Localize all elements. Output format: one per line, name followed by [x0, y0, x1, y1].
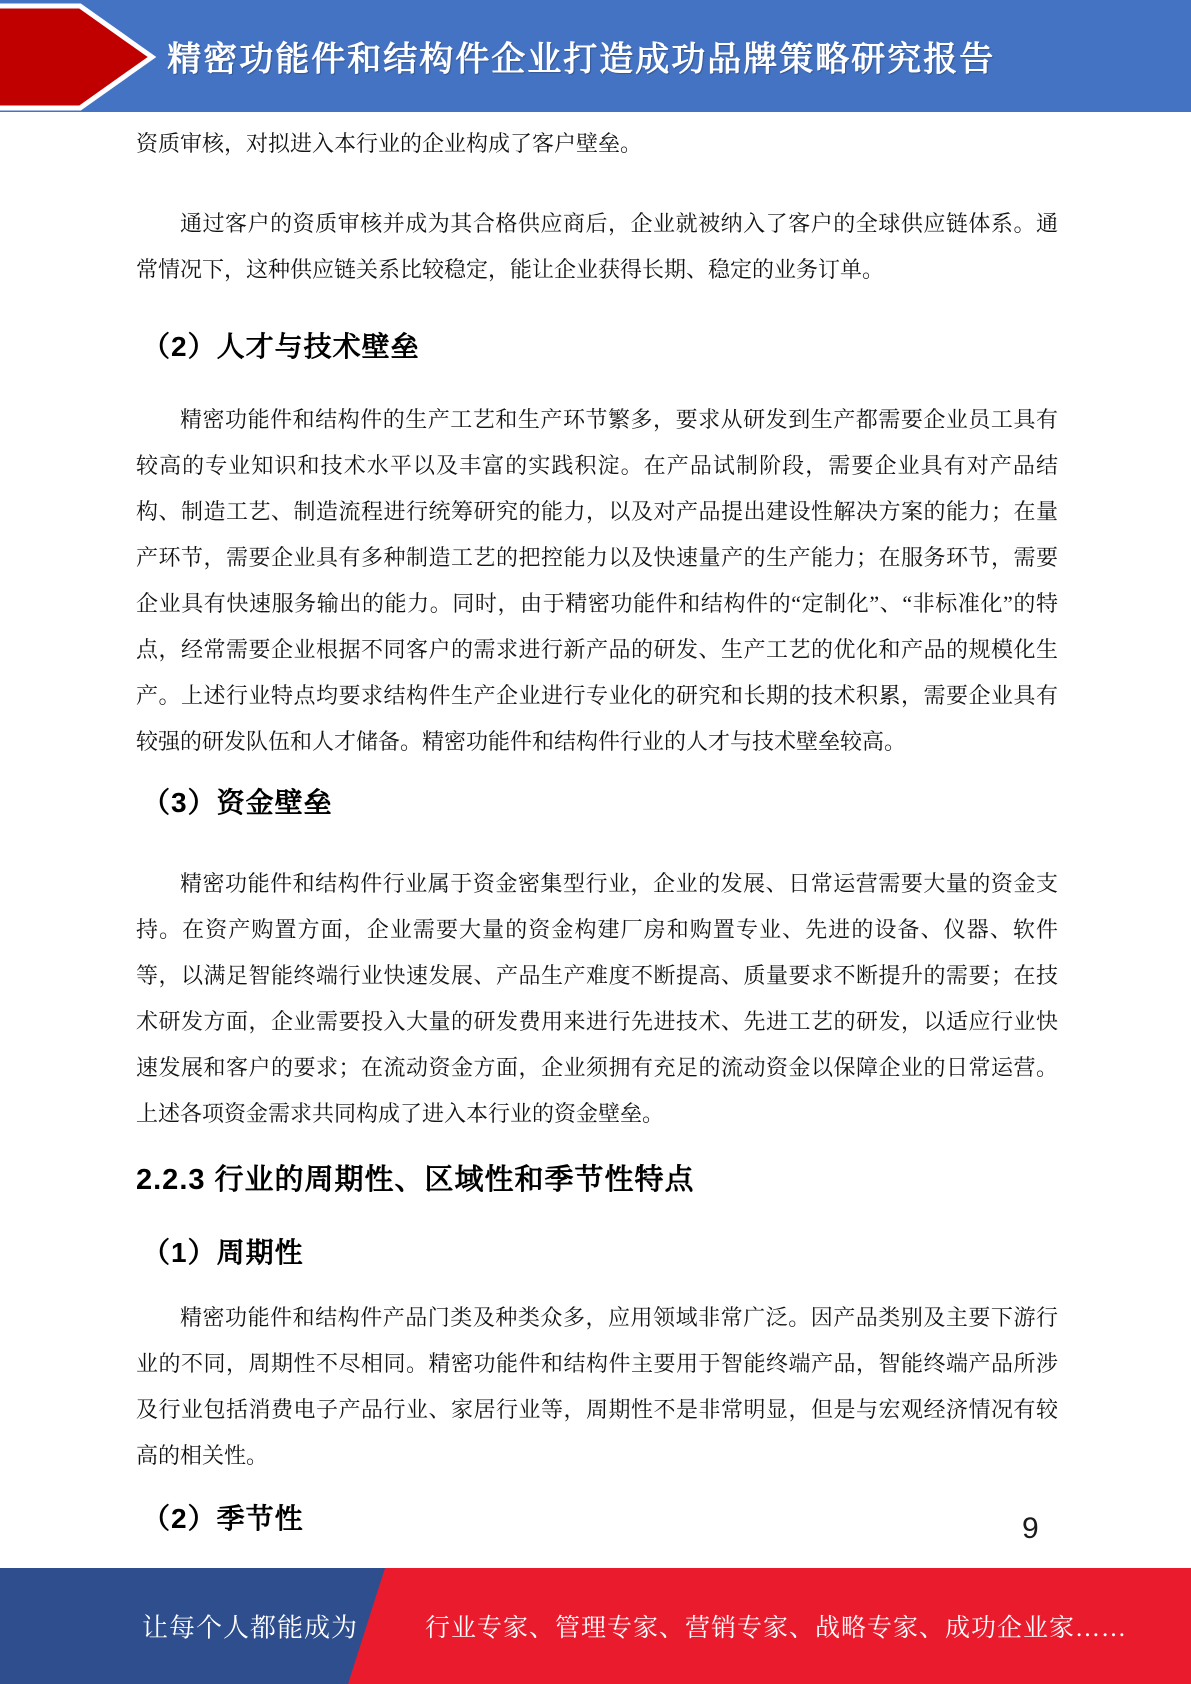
paragraph-customer-barrier: 资质审核，对拟进入本行业的企业构成了客户壁垒。: [136, 121, 1058, 167]
paragraph-talent-tech-barrier: 精密功能件和结构件的生产工艺和生产环节繁多，要求从研发到生产都需要企业员工具有较…: [136, 397, 1058, 765]
heading-cyclicality: （1）周期性: [136, 1235, 1058, 1271]
paragraph-capital-barrier: 精密功能件和结构件行业属于资金密集型行业，企业的发展、日常运营需要大量的资金支持…: [136, 861, 1058, 1137]
footer-slogan-right: 行业专家、管理专家、营销专家、战略专家、成功企业家……: [425, 1608, 1127, 1644]
footer-slogan-left: 让每个人都能成为: [142, 1608, 358, 1645]
page-body: 资质审核，对拟进入本行业的企业构成了客户壁垒。 通过客户的资质审核并成为其合格供…: [0, 112, 1191, 1655]
paragraph-supply-chain: 通过客户的资质审核并成为其合格供应商后，企业就被纳入了客户的全球供应链体系。通常…: [136, 201, 1058, 293]
header-arrow-icon: [0, 0, 162, 116]
report-title: 精密功能件和结构件企业打造成功品牌策略研究报告: [167, 32, 995, 81]
report-page: 精密功能件和结构件企业打造成功品牌策略研究报告 资质审核，对拟进入本行业的企业构…: [0, 0, 1191, 1684]
page-number: 9: [1022, 1512, 1039, 1546]
heading-capital-barrier: （3）资金壁垒: [136, 785, 1058, 821]
heading-talent-tech-barrier: （2）人才与技术壁垒: [136, 329, 1058, 365]
heading-seasonality: （2）季节性: [136, 1501, 1058, 1537]
page-footer: 让每个人都能成为 行业专家、管理专家、营销专家、战略专家、成功企业家……: [0, 1568, 1191, 1684]
paragraph-cyclicality: 精密功能件和结构件产品门类及种类众多，应用领域非常广泛。因产品类别及主要下游行业…: [136, 1295, 1058, 1479]
page-header: 精密功能件和结构件企业打造成功品牌策略研究报告: [0, 0, 1191, 112]
heading-section-2-2-3: 2.2.3 行业的周期性、区域性和季节性特点: [136, 1161, 1058, 1199]
